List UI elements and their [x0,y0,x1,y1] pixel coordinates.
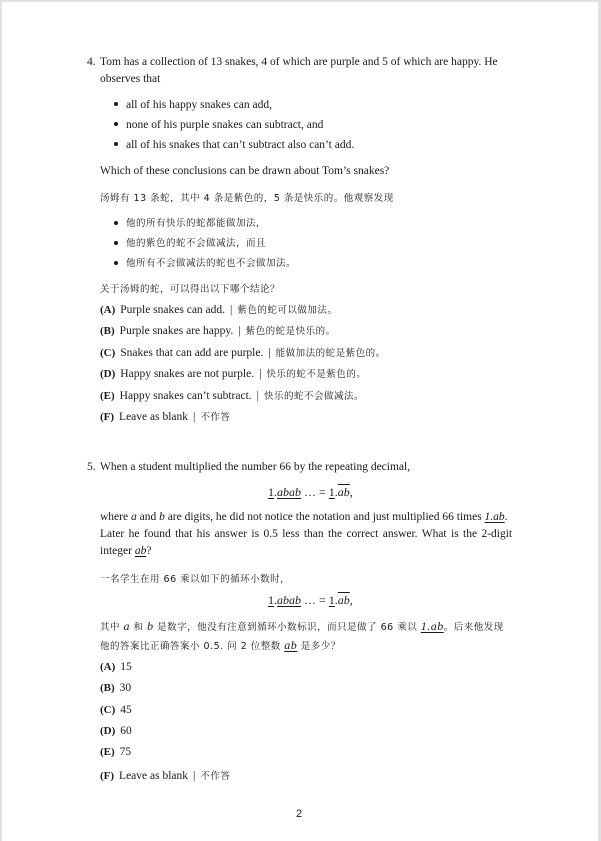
option-b[interactable]: (B)30 [100,682,131,694]
bullet-item: all of his happy snakes can add, [114,99,272,111]
bullet-icon [114,261,118,265]
question-paragraph-line: Later he found that his answer is 0.5 le… [100,528,512,540]
question-stem-line: When a student multiplied the number 66 … [100,461,410,473]
bullet-item-zh: 他的所有快乐的蛇都能做加法， [114,215,266,229]
option-f[interactable]: (F)Leave as blank|不作答 [100,768,230,782]
bullet-item: all of his snakes that can’t subtract al… [114,139,354,151]
bullet-icon [114,102,118,106]
bullet-icon [114,142,118,146]
question-paragraph-line: where a and b are digits, he did not not… [100,511,508,523]
option-d[interactable]: (D)Happy snakes are not purple.|快乐的蛇不是紫色… [100,366,366,380]
question-prompt: Which of these conclusions can be drawn … [100,165,389,177]
question-paragraph-zh-line: 其中 a 和 b 是数字，他没有注意到循环小数标识，而只是做了 66 乘以 1.… [100,619,504,634]
question-stem-zh: 汤姆有 13 条蛇，其中 4 条是紫色的，5 条是快乐的。他观察发现 [100,190,394,204]
question-prompt-zh: 关于汤姆的蛇，可以得出以下哪个结论？ [100,281,280,295]
bullet-item-zh: 他所有不会做减法的蛇也不会做加法。 [114,255,296,269]
question-stem-line: Tom has a collection of 13 snakes, 4 of … [100,56,498,68]
question-number: 4. [87,56,96,68]
option-b[interactable]: (B)Purple snakes are happy.|紫色的蛇是快乐的。 [100,323,336,337]
question-number: 5. [87,461,96,473]
option-c[interactable]: (C)Snakes that can add are purple.|能做加法的… [100,345,386,359]
option-e[interactable]: (E)Happy snakes can’t subtract.|快乐的蛇不会做减… [100,388,364,402]
option-f[interactable]: (F)Leave as blank|不作答 [100,409,230,423]
bullet-icon [114,122,118,126]
question-stem-line: observes that [100,73,160,85]
repeating-decimal-equation-zh: 1.abab … = 1.ab, [268,593,353,608]
bullet-icon [114,221,118,225]
option-d[interactable]: (D)60 [100,725,132,737]
option-e[interactable]: (E)75 [100,746,131,758]
option-a[interactable]: (A)Purple snakes can add.|紫色的蛇可以做加法。 [100,302,337,316]
repeating-decimal-equation: 1.abab … = 1.ab, [268,485,353,500]
bullet-item: none of his purple snakes can subtract, … [114,119,323,131]
page-number: 2 [296,808,302,820]
question-paragraph-line: integer ab? [100,545,151,557]
bullet-item-zh: 他的紫色的蛇不会做减法，而且 [114,235,266,249]
question-paragraph-zh-line: 他的答案比正确答案小 0.5. 问 2 位整数 ab 是多少？ [100,638,341,653]
option-a[interactable]: (A)15 [100,661,132,673]
question-stem-zh: 一名学生在用 66 乘以如下的循环小数时， [100,571,290,585]
bullet-icon [114,241,118,245]
document-page: 4. Tom has a collection of 13 snakes, 4 … [2,2,598,841]
option-c[interactable]: (C)45 [100,704,132,716]
